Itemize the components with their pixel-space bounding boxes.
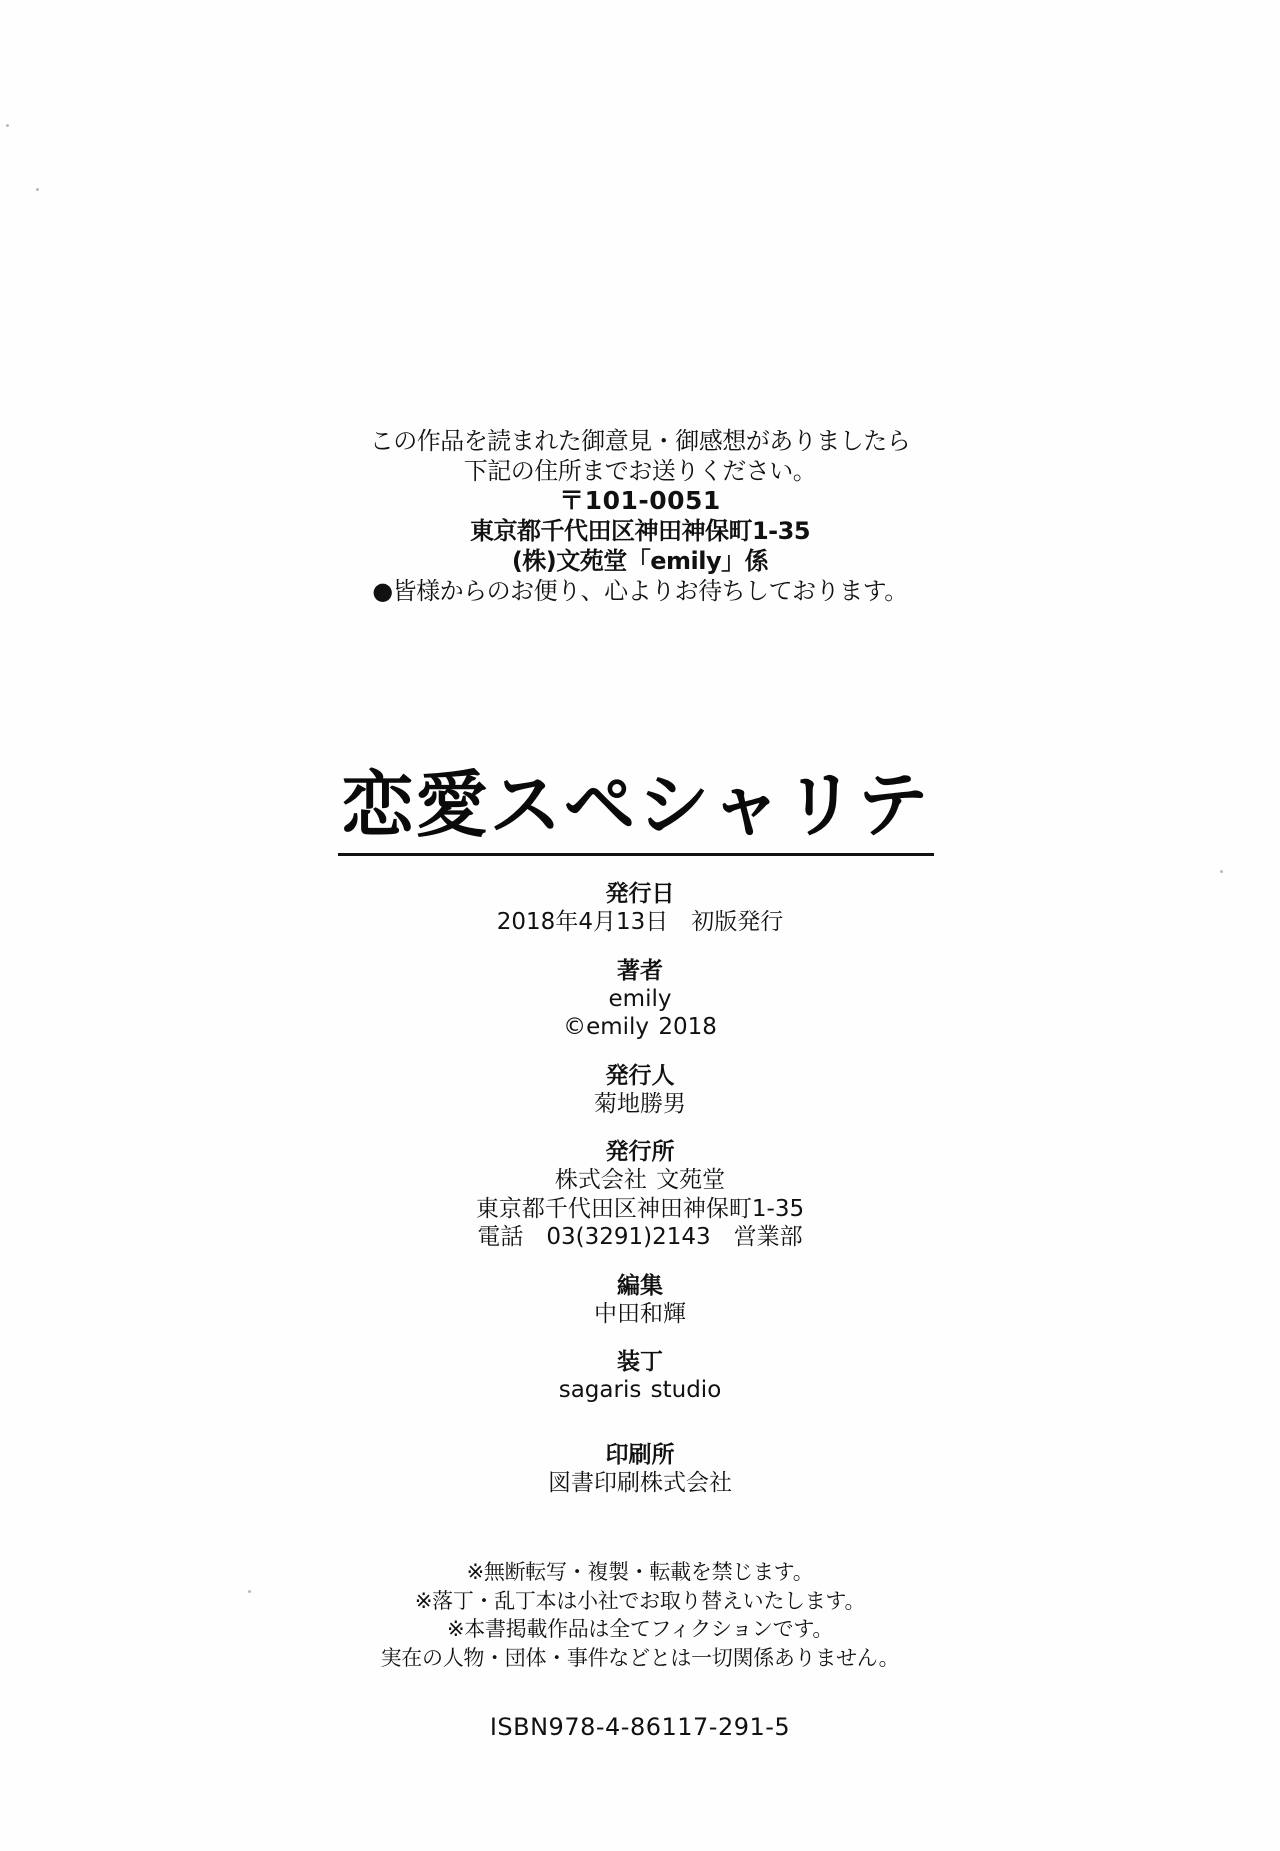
notice-no-reproduction: ※無断転写・複製・転載を禁じます。 [0,1558,1280,1587]
colophon-value: sagaris studio [0,1376,1280,1405]
colophon-label: 装丁 [0,1348,1280,1376]
colophon-copyright: ©emily 2018 [0,1013,1280,1042]
feedback-address: 東京都千代田区神田神保町1-35 [0,516,1280,546]
colophon-label: 発行人 [0,1062,1280,1090]
colophon-publisher-address: 東京都千代田区神田神保町1-35 [0,1195,1280,1224]
legal-notices: ※無断転写・複製・転載を禁じます。 ※落丁・乱丁本は小社でお取り替えいたします。… [0,1558,1280,1672]
colophon-publisher-phone: 電話 03(3291)2143 営業部 [0,1223,1280,1252]
colophon-publisher: 発行所 株式会社 文苑堂 東京都千代田区神田神保町1-35 電話 03(3291… [0,1138,1280,1252]
feedback-recipient: (株)文苑堂「emily」係 [0,546,1280,576]
postal-code: 〒101-0051 [0,486,1280,516]
title-underline-divider [338,853,934,856]
colophon-value: emily [0,985,1280,1014]
colophon-printer: 印刷所 図書印刷株式会社 [0,1441,1280,1498]
colophon-publisher-person: 発行人 菊地勝男 [0,1062,1280,1119]
colophon-design: 装丁 sagaris studio [0,1348,1280,1405]
notice-fiction: ※本書掲載作品は全てフィクションです。 [0,1615,1280,1644]
colophon-value: 2018年4月13日 初版発行 [0,908,1280,937]
book-title: 恋愛スペシャリテ [338,762,934,848]
colophon-label: 発行日 [0,880,1280,908]
feedback-invite-line: この作品を読まれた御意見・御感想がありましたら [0,426,1280,456]
colophon-value: 中田和輝 [0,1300,1280,1329]
colophon-author: 著者 emily ©emily 2018 [0,957,1280,1042]
colophon-editor: 編集 中田和輝 [0,1272,1280,1329]
notice-defect-replacement: ※落丁・乱丁本は小社でお取り替えいたします。 [0,1587,1280,1616]
colophon-label: 印刷所 [0,1441,1280,1469]
colophon-value: 株式会社 文苑堂 [0,1166,1280,1195]
colophon-page: この作品を読まれた御意見・御感想がありましたら 下記の住所までお送りください。 … [0,0,1280,1851]
isbn: ISBN978-4-86117-291-5 [0,1712,1280,1742]
scan-speck [6,124,9,127]
colophon-publication-date: 発行日 2018年4月13日 初版発行 [0,880,1280,937]
colophon-value: 菊地勝男 [0,1090,1280,1119]
colophon-value: 図書印刷株式会社 [0,1469,1280,1498]
reader-feedback-block: この作品を読まれた御意見・御感想がありましたら 下記の住所までお送りください。 … [0,426,1280,606]
notice-no-relation: 実在の人物・団体・事件などとは一切関係ありません。 [0,1644,1280,1673]
feedback-send-line: 下記の住所までお送りください。 [0,456,1280,486]
scan-speck [36,188,39,191]
colophon-label: 編集 [0,1272,1280,1300]
scan-speck [1220,870,1223,873]
feedback-closing-line: ●皆様からのお便り、心よりお待ちしております。 [0,576,1280,606]
colophon-block: 発行日 2018年4月13日 初版発行 著者 emily ©emily 2018… [0,880,1280,1517]
colophon-label: 発行所 [0,1138,1280,1166]
colophon-label: 著者 [0,957,1280,985]
